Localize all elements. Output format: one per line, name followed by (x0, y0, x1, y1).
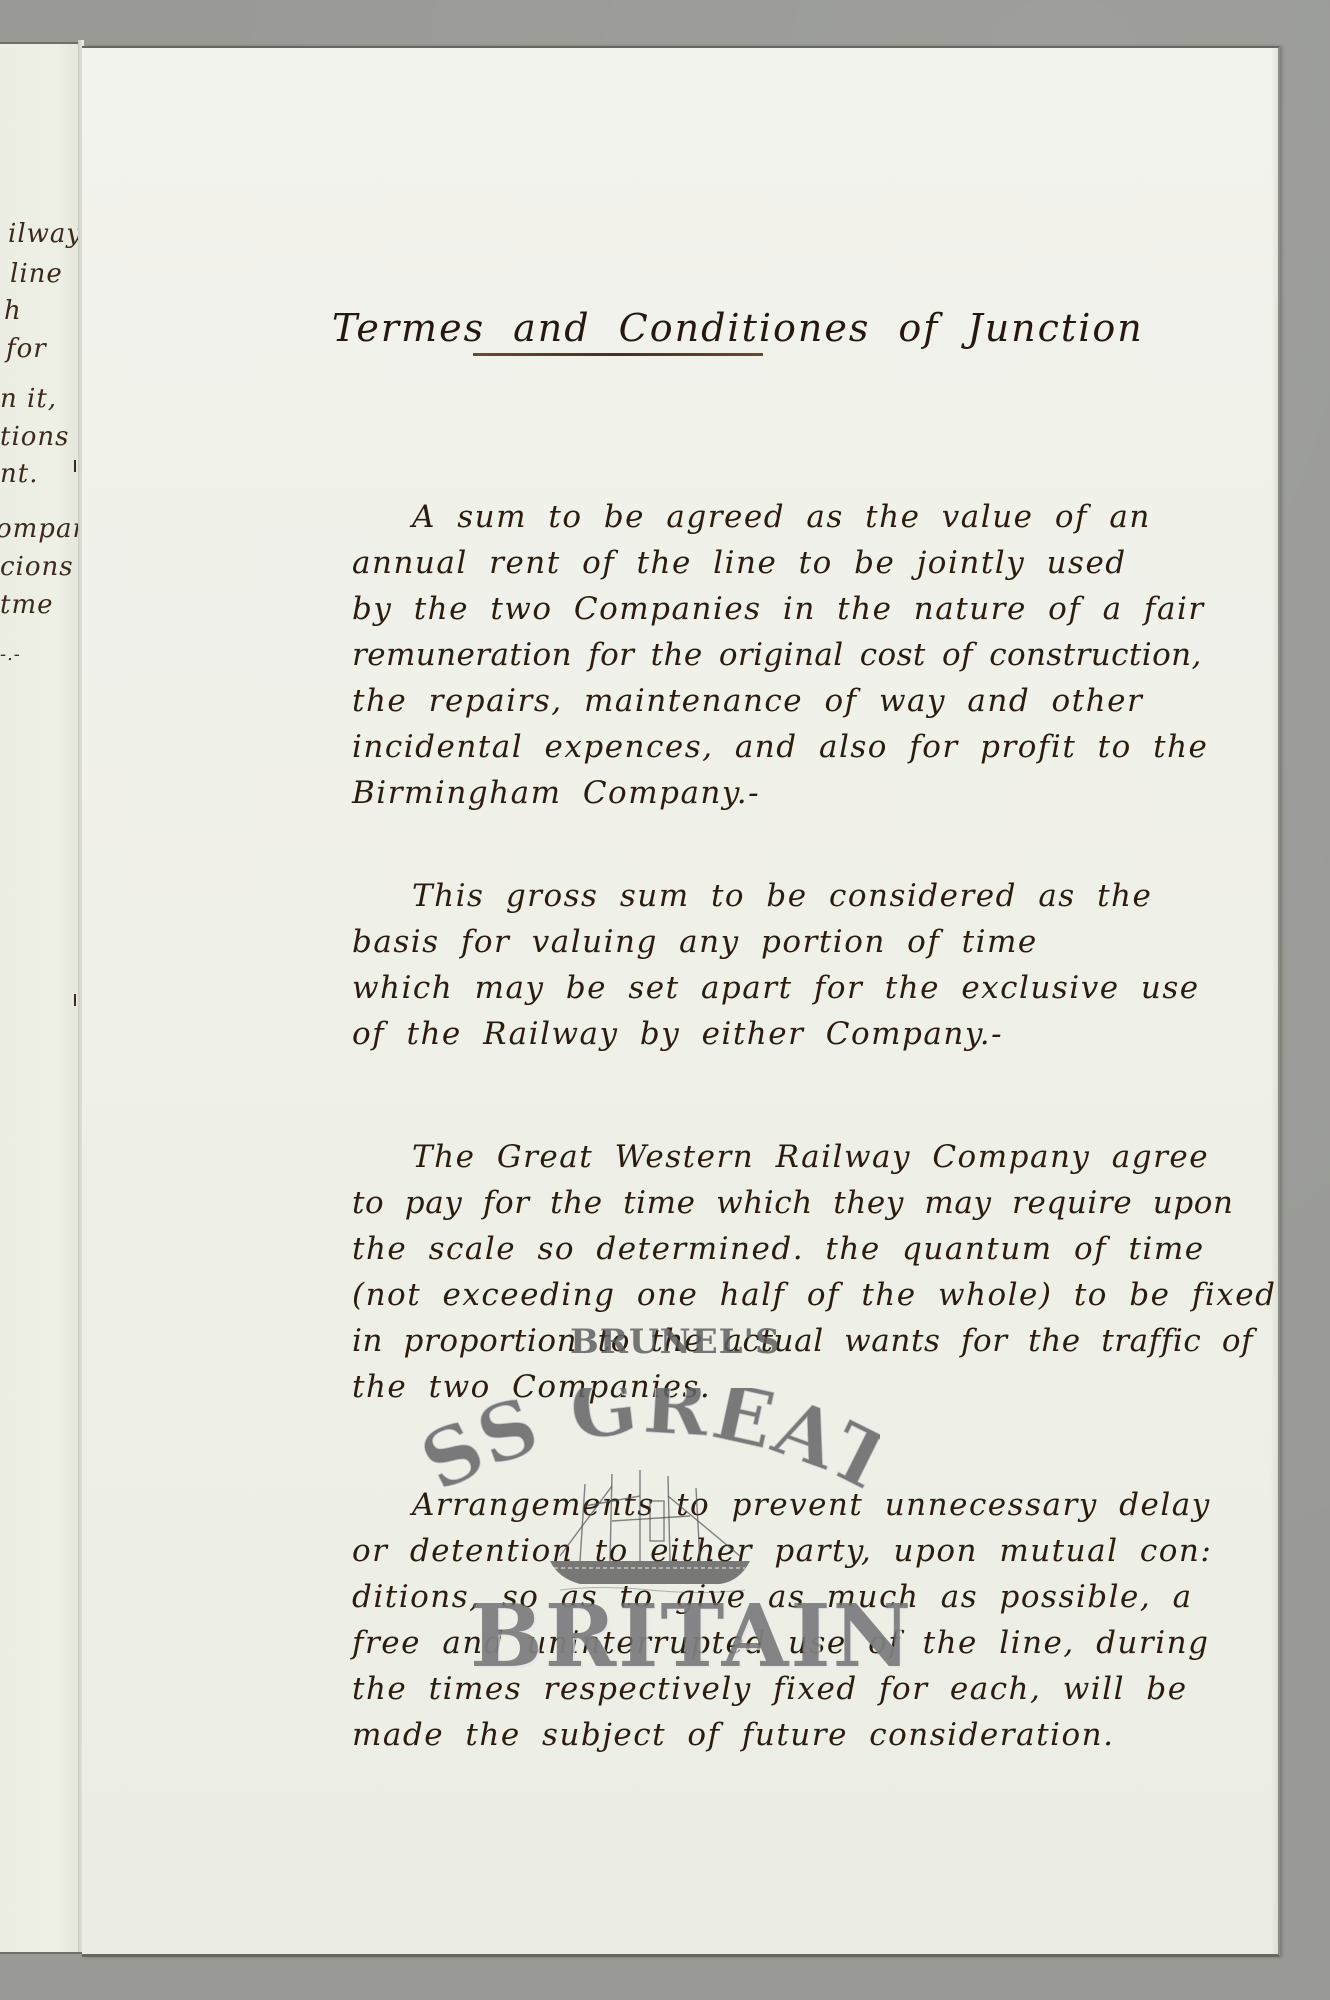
text-line: The Great Western Railway Company agree (352, 1134, 1312, 1180)
facing-fragment: -.- (0, 644, 21, 665)
margin-tick-mark (74, 460, 76, 472)
text-line: annual rent of the line to be jointly us… (352, 540, 1312, 586)
paragraph-gross-sum: This gross sum to be considered as the b… (352, 873, 1312, 1057)
facing-fragment: line (10, 259, 63, 289)
facing-fragment: for (6, 334, 47, 364)
facing-fragment: tions (0, 422, 70, 452)
facing-fragment: ompany (0, 514, 82, 544)
text-line: the scale so determined. the quantum of … (352, 1226, 1312, 1272)
text-line: by the two Companies in the nature of a … (352, 586, 1312, 632)
text-line: basis for valuing any portion of time (352, 919, 1312, 965)
facing-fragment: h (4, 296, 22, 326)
text-line: in proportion to the actual wants for th… (352, 1318, 1312, 1364)
facing-page: ilway line h for n it, tions nt. ompany … (0, 42, 82, 1954)
facing-fragment: tme (0, 590, 54, 620)
text-line: the two Companies. (352, 1364, 1312, 1410)
paragraph-arrangements: Arrangements to prevent unnecessary dela… (352, 1482, 1312, 1758)
text-line: the repairs, maintenance of way and othe… (352, 678, 1312, 724)
text-line: made the subject of future consideration… (352, 1712, 1312, 1758)
text-line: ditions, so as to give as much as possib… (352, 1574, 1312, 1620)
text-line: to pay for the time which they may requi… (352, 1180, 1312, 1226)
text-line: which may be set apart for the exclusive… (352, 965, 1312, 1011)
text-line: or detention to either party, upon mutua… (352, 1528, 1312, 1574)
text-line: A sum to be agreed as the value of an (352, 494, 1312, 540)
facing-fragment: n it, (0, 384, 57, 414)
document-title: Termes and Conditiones of Junction (332, 306, 1032, 350)
facing-fragment: cions (0, 552, 74, 582)
text-line: remuneration for the original cost of co… (352, 632, 1312, 678)
text-line: the times respectively fixed for each, w… (352, 1666, 1312, 1712)
text-line: This gross sum to be considered as the (352, 873, 1312, 919)
facing-fragment: nt. (0, 459, 38, 489)
text-line: incidental expences, and also for profit… (352, 724, 1312, 770)
title-underline (473, 353, 763, 356)
text-line: of the Railway by either Company.- (352, 1011, 1312, 1057)
facing-fragment: ilway (8, 219, 82, 249)
manuscript-page: Termes and Conditiones of Junction A sum… (82, 46, 1280, 1957)
text-line: Birmingham Company.- (352, 770, 1312, 816)
text-line: Arrangements to prevent unnecessary dela… (352, 1482, 1312, 1528)
paragraph-annual-rent: A sum to be agreed as the value of an an… (352, 494, 1312, 816)
margin-tick-mark (74, 994, 76, 1006)
text-line: free and uninterrupted use of the line, … (352, 1620, 1312, 1666)
paragraph-great-western: The Great Western Railway Company agree … (352, 1134, 1312, 1410)
text-line: (not exceeding one half of the whole) to… (352, 1272, 1312, 1318)
